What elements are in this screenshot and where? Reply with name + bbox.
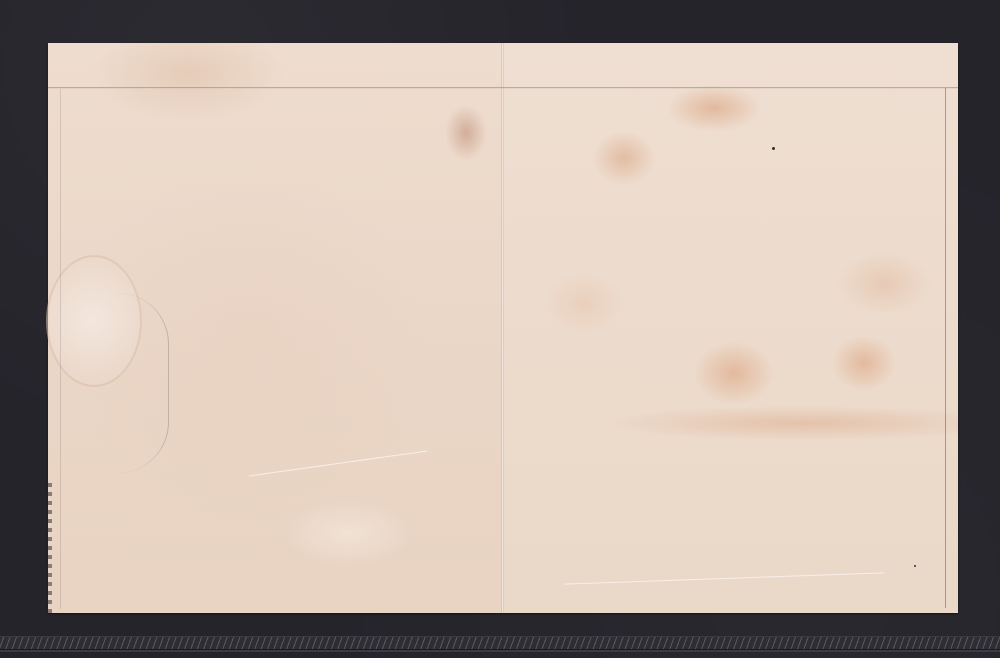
torn-edge	[46, 483, 52, 613]
paper-crease	[564, 572, 884, 584]
ink-speck	[914, 565, 916, 567]
mount-strip-edge	[0, 650, 1000, 652]
letter-left-panel	[48, 43, 502, 613]
center-fold	[501, 43, 504, 613]
mount-strip	[0, 636, 1000, 650]
top-fold	[48, 87, 958, 89]
ink-speck	[772, 147, 775, 150]
seal-arc-mark	[118, 293, 169, 473]
letter-right-panel	[504, 43, 958, 613]
folded-letter	[48, 43, 958, 613]
paper-crease	[249, 450, 427, 476]
inner-fold-edge-right	[945, 88, 946, 608]
inner-fold-edge-left	[60, 89, 61, 609]
